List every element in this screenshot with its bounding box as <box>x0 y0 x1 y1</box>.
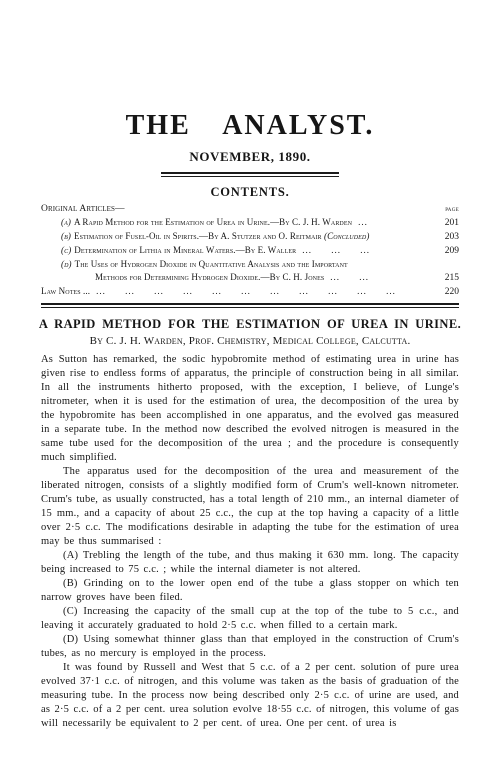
toc-marker: (d) <box>61 259 72 269</box>
toc-marker: (b) <box>61 231 71 241</box>
toc-page-number: 209 <box>435 245 459 258</box>
toc-entry-d-continuation: Methods for Determining Hydrogen Dioxide… <box>41 271 459 285</box>
toc-italic-note: (Concluded) <box>324 231 369 241</box>
paragraph-4: (B) Grinding on to the lower open end of… <box>41 577 459 605</box>
toc-page-number: 220 <box>435 286 459 299</box>
toc-entry-b: (b)Estimation of Fusel-Oil in Spirits.—B… <box>41 230 459 244</box>
issue-date: NOVEMBER, 1890. <box>0 149 500 165</box>
toc-leader: ... <box>352 217 368 227</box>
contents-section-label: Original Articles— <box>41 203 435 216</box>
contents-title: CONTENTS. <box>0 185 500 200</box>
toc-marker: (a) <box>61 217 71 227</box>
paragraph-3: (A) Trebling the length of the tube, and… <box>41 549 459 577</box>
toc-entry-text: (d)The Uses of Hydrogen Dioxide in Quant… <box>41 258 435 271</box>
toc-entry-text: (c)Determination of Lithia in Mineral Wa… <box>41 244 435 257</box>
toc-entry-c: (c)Determination of Lithia in Mineral Wa… <box>41 244 459 258</box>
page-column-label: page <box>435 203 459 216</box>
toc-page-number: 203 <box>435 231 459 244</box>
contents-list: Original Articles— page (a)A Rapid Metho… <box>41 203 459 299</box>
toc-leader: ... ... ... <box>296 245 370 255</box>
toc-leader: ... ... ... ... ... ... ... ... ... ... … <box>90 286 396 296</box>
toc-marker: (c) <box>61 245 71 255</box>
paragraph-2: The apparatus used for the decomposition… <box>41 465 459 549</box>
toc-entry-law-notes: Law Notes ...... ... ... ... ... ... ...… <box>41 285 459 299</box>
toc-entry-text: Methods for Determining Hydrogen Dioxide… <box>41 271 435 284</box>
paragraph-6: (D) Using somewhat thinner glass than th… <box>41 633 459 661</box>
toc-entry-text: (a)A Rapid Method for the Estimation of … <box>41 216 435 229</box>
masthead-divider-rule <box>161 172 339 177</box>
paragraph-1: As Sutton has remarked, the sodic hypobr… <box>41 353 459 465</box>
article-title: A RAPID METHOD FOR THE ESTIMATION OF URE… <box>10 317 490 331</box>
contents-header-row: Original Articles— page <box>41 203 459 216</box>
article-body: As Sutton has remarked, the sodic hypobr… <box>41 353 459 731</box>
journal-page: THE ANALYST. NOVEMBER, 1890. CONTENTS. O… <box>0 0 500 760</box>
toc-entry-text: (b)Estimation of Fusel-Oil in Spirits.—B… <box>41 230 435 243</box>
article-byline: By C. J. H. Warden, Prof. Chemistry, Med… <box>0 335 500 347</box>
toc-entry-text: Law Notes ...... ... ... ... ... ... ...… <box>41 285 435 298</box>
paragraph-5: (C) Increasing the capacity of the small… <box>41 605 459 633</box>
journal-title: THE ANALYST. <box>0 112 500 140</box>
toc-leader: ... ... <box>324 272 369 282</box>
toc-entry-a: (a)A Rapid Method for the Estimation of … <box>41 216 459 230</box>
toc-entry-d: (d)The Uses of Hydrogen Dioxide in Quant… <box>41 258 459 271</box>
toc-page-number: 215 <box>435 272 459 285</box>
section-divider-rule <box>41 303 459 308</box>
toc-page-number: 201 <box>435 217 459 230</box>
paragraph-7: It was found by Russell and West that 5 … <box>41 661 459 731</box>
